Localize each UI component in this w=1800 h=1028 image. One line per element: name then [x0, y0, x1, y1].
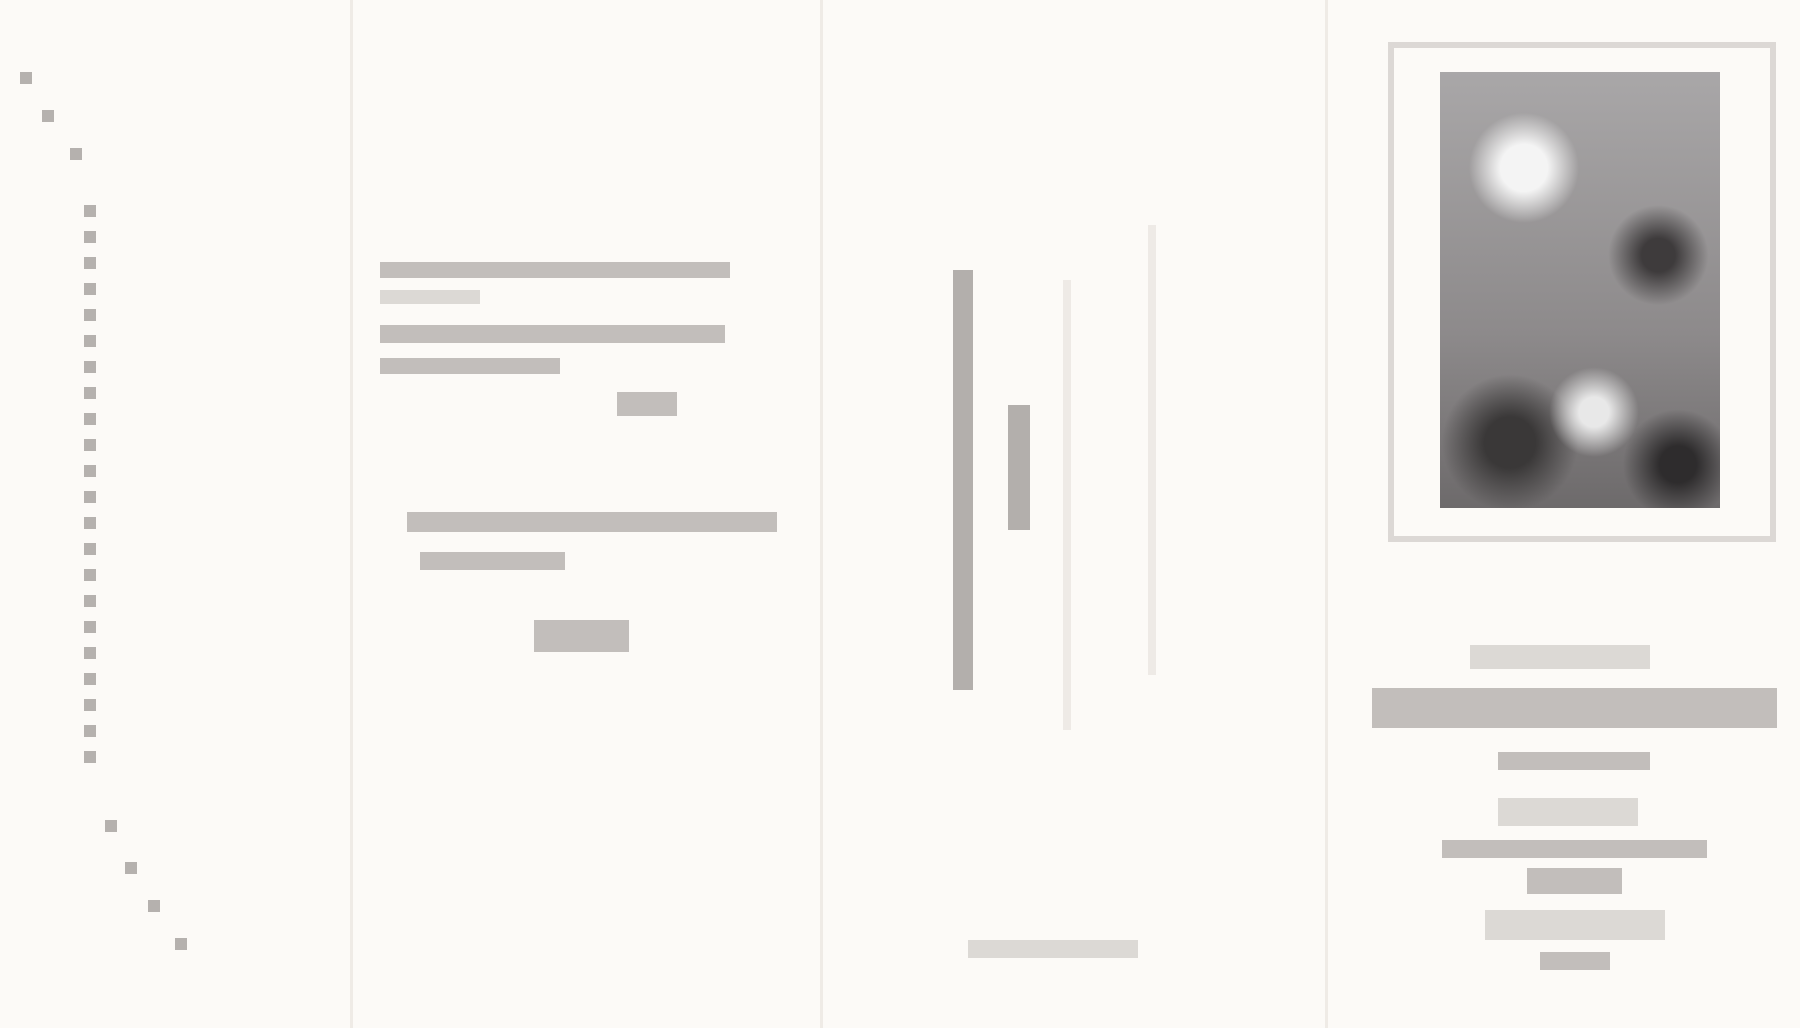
- footer-text: [968, 940, 1138, 958]
- fold-line: [1325, 0, 1328, 1028]
- detail-line: [1540, 952, 1610, 970]
- border-ornament: [70, 148, 82, 160]
- text-line: [534, 620, 629, 652]
- panel-vertical-text: [823, 0, 1325, 1028]
- border-ornament: [125, 862, 137, 874]
- border-ornament: [84, 621, 96, 633]
- border-ornament: [105, 820, 117, 832]
- border-ornament: [84, 335, 96, 347]
- border-ornament: [148, 900, 160, 912]
- border-ornament: [84, 569, 96, 581]
- border-ornament: [84, 725, 96, 737]
- panel-left-border: [0, 0, 350, 1028]
- detail-line: [1498, 752, 1650, 770]
- border-ornament: [84, 673, 96, 685]
- border-ornament: [42, 110, 54, 122]
- border-ornament: [84, 361, 96, 373]
- vertical-text-line: [1008, 405, 1030, 530]
- border-ornament: [84, 647, 96, 659]
- vertical-text-line: [1148, 225, 1156, 675]
- detail-line: [1498, 798, 1638, 826]
- border-ornament: [84, 439, 96, 451]
- text-line: [617, 392, 677, 416]
- border-ornament: [84, 751, 96, 763]
- border-ornament: [84, 699, 96, 711]
- border-ornament: [84, 309, 96, 321]
- border-ornament: [84, 543, 96, 555]
- text-line: [380, 358, 560, 374]
- detail-line: [1442, 840, 1707, 858]
- title-line: [1470, 645, 1650, 669]
- border-ornament: [84, 413, 96, 425]
- border-ornament: [84, 257, 96, 269]
- border-ornament: [84, 283, 96, 295]
- detail-line: [1527, 868, 1622, 894]
- border-ornament: [20, 72, 32, 84]
- border-ornament: [84, 595, 96, 607]
- text-line: [380, 262, 730, 278]
- border-ornament: [84, 231, 96, 243]
- panel-verse: [352, 0, 820, 1028]
- border-ornament: [84, 491, 96, 503]
- vertical-text-line: [1063, 280, 1071, 730]
- vertical-text-line: [953, 270, 973, 690]
- text-line: [380, 325, 725, 343]
- text-line: [420, 552, 565, 570]
- detail-line: [1485, 910, 1665, 940]
- text-line: [407, 512, 777, 532]
- border-ornament: [84, 517, 96, 529]
- name-line: [1372, 688, 1777, 728]
- border-ornament: [84, 205, 96, 217]
- portrait-photo: [1440, 72, 1720, 508]
- border-ornament: [84, 387, 96, 399]
- border-ornament: [84, 465, 96, 477]
- text-line: [380, 290, 480, 304]
- border-ornament: [175, 938, 187, 950]
